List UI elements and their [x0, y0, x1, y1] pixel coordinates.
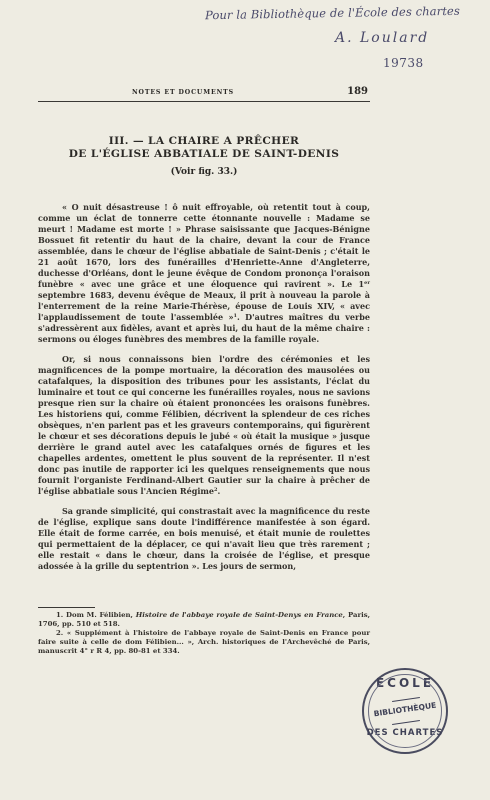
paragraph-text: Or, si nous connaissons bien l'ordre des… [38, 354, 370, 496]
footnotes: 1. Dom M. Félibien, Histoire de l'abbaye… [38, 611, 370, 656]
paragraph-text: . [218, 486, 221, 496]
footnote-number: 2. [56, 629, 63, 637]
stamp-middle-text: BIBLIOTHÈQUE [364, 699, 446, 719]
article-subtitle: (Voir fig. 33.) [38, 167, 370, 177]
running-head: NOTES ET DOCUMENTS 189 [38, 86, 370, 100]
paragraph: « O nuit désastreuse ! ô nuit effroyable… [38, 202, 370, 345]
footnote: 2. « Supplément à l'histoire de l'abbaye… [38, 629, 370, 656]
stamp-line [392, 697, 420, 702]
footnote-text: « Supplément à l'histoire de l'abbaye ro… [38, 629, 370, 655]
handwritten-dedication: Pour la Bibliothèque de l'École des char… [205, 4, 460, 22]
footnote-text: Dom M. Félibien, [66, 611, 136, 619]
page-number: 189 [347, 86, 368, 97]
footnote: 1. Dom M. Félibien, Histoire de l'abbaye… [38, 611, 370, 629]
article-body: « O nuit désastreuse ! ô nuit effroyable… [38, 202, 370, 572]
document-page: Pour la Bibliothèque de l'École des char… [0, 0, 490, 800]
article-title-line-2: DE L'ÉGLISE ABBATIALE DE SAINT-DENIS [38, 148, 370, 161]
footnote-number: 1. [56, 611, 63, 619]
footnote-rule [38, 607, 95, 608]
paragraph-text: « O nuit désastreuse ! ô nuit effroyable… [38, 202, 370, 289]
stamp-top-text: ECOLE [364, 676, 446, 690]
superscript: er [364, 280, 370, 286]
paragraph-text: Sa grande simplicité, qui constrastait a… [38, 506, 370, 571]
handwritten-accession-number: 19738 [383, 56, 424, 70]
paragraph: Or, si nous connaissons bien l'ordre des… [38, 354, 370, 497]
header-rule [38, 101, 370, 102]
footnote-italic-title: Histoire de l'abbaye royale de Saint-Den… [136, 611, 343, 619]
library-stamp: ECOLE BIBLIOTHÈQUE DES CHARTES [362, 668, 448, 754]
handwritten-signature: A. Loulard [335, 30, 429, 46]
paragraph: Sa grande simplicité, qui constrastait a… [38, 506, 370, 572]
article-title-line-1: III. — LA CHAIRE A PRÊCHER [38, 135, 370, 148]
stamp-line [392, 720, 420, 725]
running-head-title: NOTES ET DOCUMENTS [38, 89, 328, 96]
article-title: III. — LA CHAIRE A PRÊCHER DE L'ÉGLISE A… [38, 135, 370, 161]
stamp-bottom-text: DES CHARTES [364, 728, 446, 738]
